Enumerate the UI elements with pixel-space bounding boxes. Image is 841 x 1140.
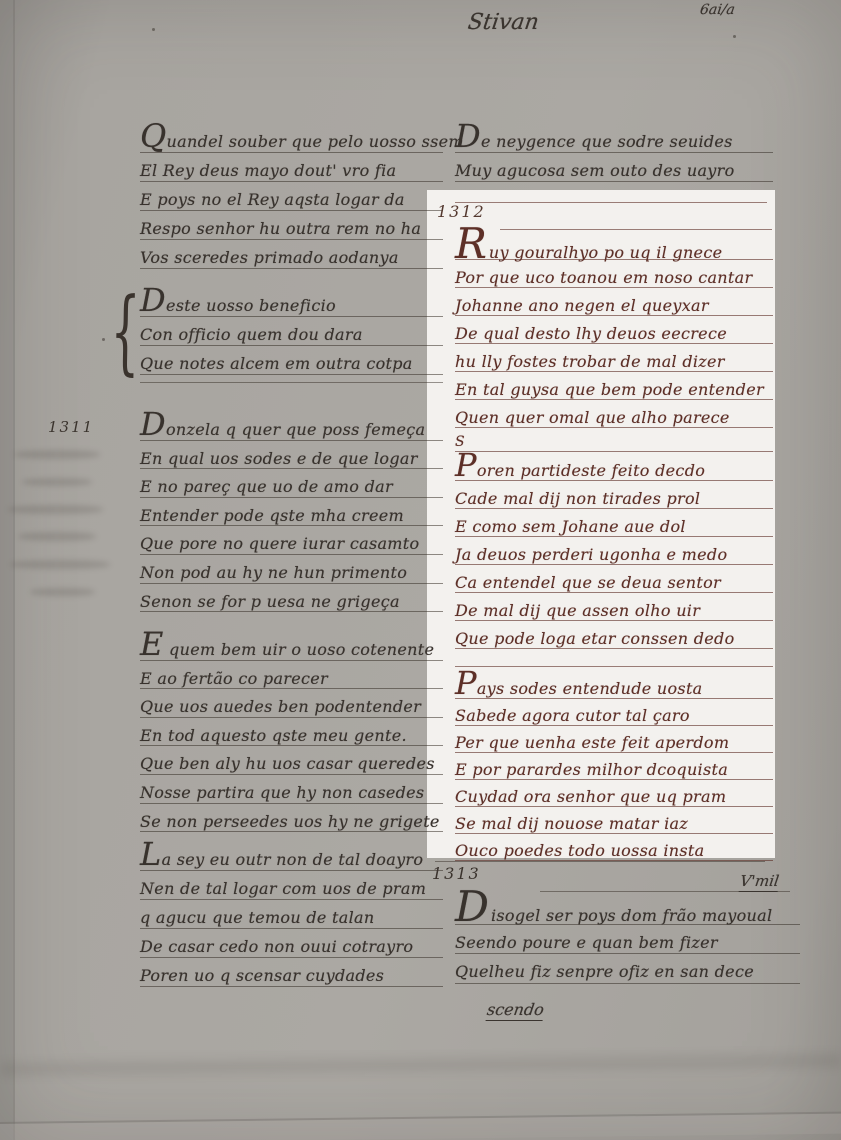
stanza: S: [455, 425, 773, 452]
stanza: Deste uosso beneficio Con officio quem d…: [140, 288, 443, 375]
verse-line: Non pod au hy ne hun primento: [140, 555, 443, 584]
verse-line: Que pode loga etar conssen dedo: [455, 621, 773, 649]
verse-line: Cade mal dij non tirades prol: [455, 481, 773, 509]
page-bottom-shadow: [0, 1054, 841, 1077]
verse-line: Que notes alcem em outra cotpa: [140, 346, 443, 375]
stanza: Disogel ser poys dom frão mayoual Seendo…: [455, 895, 800, 984]
verse-line: Seendo poure e quan bem fizer: [455, 925, 800, 955]
verse-line: Johanne ano negen el queyxar: [455, 288, 773, 316]
verse-line: Respo senhor hu outra rem no ha: [140, 211, 443, 240]
stanza: Donzela q quer que poss femeça En qual u…: [140, 412, 443, 612]
verse-line: Se non perseedes uos hy ne grigete: [140, 804, 443, 833]
verse-line: La sey eu outr non de tal doayro: [140, 842, 443, 871]
verse-line: Quelheu fiz senpre ofiz en san dece: [455, 954, 800, 984]
blank-ruled-line: [435, 861, 765, 862]
verse-line: Que ben aly hu uos casar queredes: [140, 746, 443, 775]
verse-line: En tod aquesto qste meu gente.: [140, 718, 443, 747]
verse-line: Nen de tal logar com uos de pram: [140, 871, 443, 900]
ink-speck: [102, 338, 105, 341]
side-note: V'mil: [739, 872, 781, 892]
verse-line: Senon se for p uesa ne grigeça: [140, 584, 443, 613]
verse-line: Quen quer omal que alho parece: [455, 400, 773, 428]
verse-line: El Rey deus mayo dout' vro fia: [140, 153, 443, 182]
verse-line: Vos sceredes primado aodanya: [140, 240, 443, 269]
verse-line: Muy agucosa sem outo des uayro: [455, 153, 773, 182]
page-left-edge-line: [13, 0, 15, 1140]
verse-line: Pays sodes entendude uosta: [455, 672, 773, 699]
verse-line: Deste uosso beneficio: [140, 288, 443, 317]
stanza: De neygence que sodre seuides Muy agucos…: [455, 124, 773, 182]
verse-line: Que pore no quere iurar casamto: [140, 526, 443, 555]
margin-number-1311: 1311: [48, 418, 94, 436]
stanza: E quem bem uir o uoso cotenente E ao fer…: [140, 632, 443, 832]
verse-line: E como sem Johane aue dol: [455, 509, 773, 537]
stanza: Pays sodes entendude uosta Sabede agora …: [455, 672, 773, 861]
verse-line: E por parardes milhor dcoquista: [455, 753, 773, 780]
blank-ruled-line: [500, 229, 772, 230]
show-through-smudge: [30, 588, 95, 596]
stanza: Ruy gouralhyo po uq il gnece Por que uco…: [455, 232, 773, 428]
verse-line: De qual desto lhy deuos eecrece: [455, 316, 773, 344]
ink-speck: [733, 35, 736, 38]
verse-line: Entender pode qste mha creem: [140, 498, 443, 527]
verse-line: Ja deuos perderi ugonha e medo: [455, 537, 773, 565]
manuscript-photo: Stivan 6ai/a 1311 1312 1313 { Quandel so…: [0, 0, 841, 1140]
verse-line: E ao fertão co parecer: [140, 661, 443, 690]
verse-line: Nosse partira que hy non casedes: [140, 775, 443, 804]
verse-line: Poren partideste feito decdo: [455, 453, 773, 481]
blank-ruled-line: [455, 202, 767, 203]
verse-line: Que uos auedes ben podentender: [140, 689, 443, 718]
verse-line: De casar cedo non ouui cotrayro: [140, 929, 443, 958]
verse-line: Ouco poedes todo uossa insta: [455, 834, 773, 861]
blank-ruled-line: [140, 382, 443, 383]
verse-line: Quandel souber que pelo uosso ssem: [140, 124, 443, 153]
folio-mark: 6ai/a: [699, 2, 736, 18]
verse-line: De neygence que sodre seuides: [455, 124, 773, 153]
verse-line: Per que uenha este feit aperdom: [455, 726, 773, 753]
margin-brace-icon: {: [110, 284, 141, 380]
verse-line: Ca entendel que se deua sentor: [455, 565, 773, 593]
verse-line: Ruy gouralhyo po uq il gnece: [455, 232, 773, 260]
show-through-smudge: [22, 478, 92, 486]
verse-line: Disogel ser poys dom frão mayoual: [455, 895, 800, 925]
verse-line: q agucu que temou de talan: [140, 900, 443, 929]
margin-number-1312: 1312: [437, 202, 486, 221]
refrain-mark: S: [455, 425, 773, 452]
ink-speck: [152, 28, 155, 31]
verse-line: Por que uco toanou em noso cantar: [455, 260, 773, 288]
verse-line: Con officio quem dou dara: [140, 317, 443, 346]
verse-line: E quem bem uir o uoso cotenente: [140, 632, 443, 661]
show-through-smudge: [10, 560, 110, 569]
show-through-smudge: [8, 505, 103, 514]
verse-line: Poren uo q scensar cuydades: [140, 958, 443, 987]
verse-line: En tal guysa que bem pode entender: [455, 372, 773, 400]
margin-number-1313: 1313: [432, 864, 481, 883]
stanza: Quandel souber que pelo uosso ssem El Re…: [140, 124, 443, 269]
verse-line: Sabede agora cutor tal çaro: [455, 699, 773, 726]
verse-line: De mal dij que assen olho uir: [455, 593, 773, 621]
verse-line: Cuydad ora senhor que uq pram: [455, 780, 773, 807]
blank-ruled-line: [455, 666, 773, 667]
stanza: La sey eu outr non de tal doayro Nen de …: [140, 842, 443, 987]
verse-line: hu lly fostes trobar de mal dizer: [455, 344, 773, 372]
show-through-smudge: [14, 450, 100, 459]
verse-line: E no pareç que uo de amo dar: [140, 469, 443, 498]
verse-line: E poys no el Rey aqsta logar da: [140, 182, 443, 211]
show-through-smudge: [18, 532, 96, 541]
footer-note: scendo: [486, 1000, 546, 1021]
verse-line: Donzela q quer que poss femeça: [140, 412, 443, 441]
verse-line: En qual uos sodes e de que logar: [140, 441, 443, 470]
stanza: Poren partideste feito decdo Cade mal di…: [455, 453, 773, 649]
header-name-annotation: Stivan: [466, 10, 540, 35]
page-left-band: [0, 0, 13, 1140]
verse-line: Se mal dij nouose matar iaz: [455, 807, 773, 834]
